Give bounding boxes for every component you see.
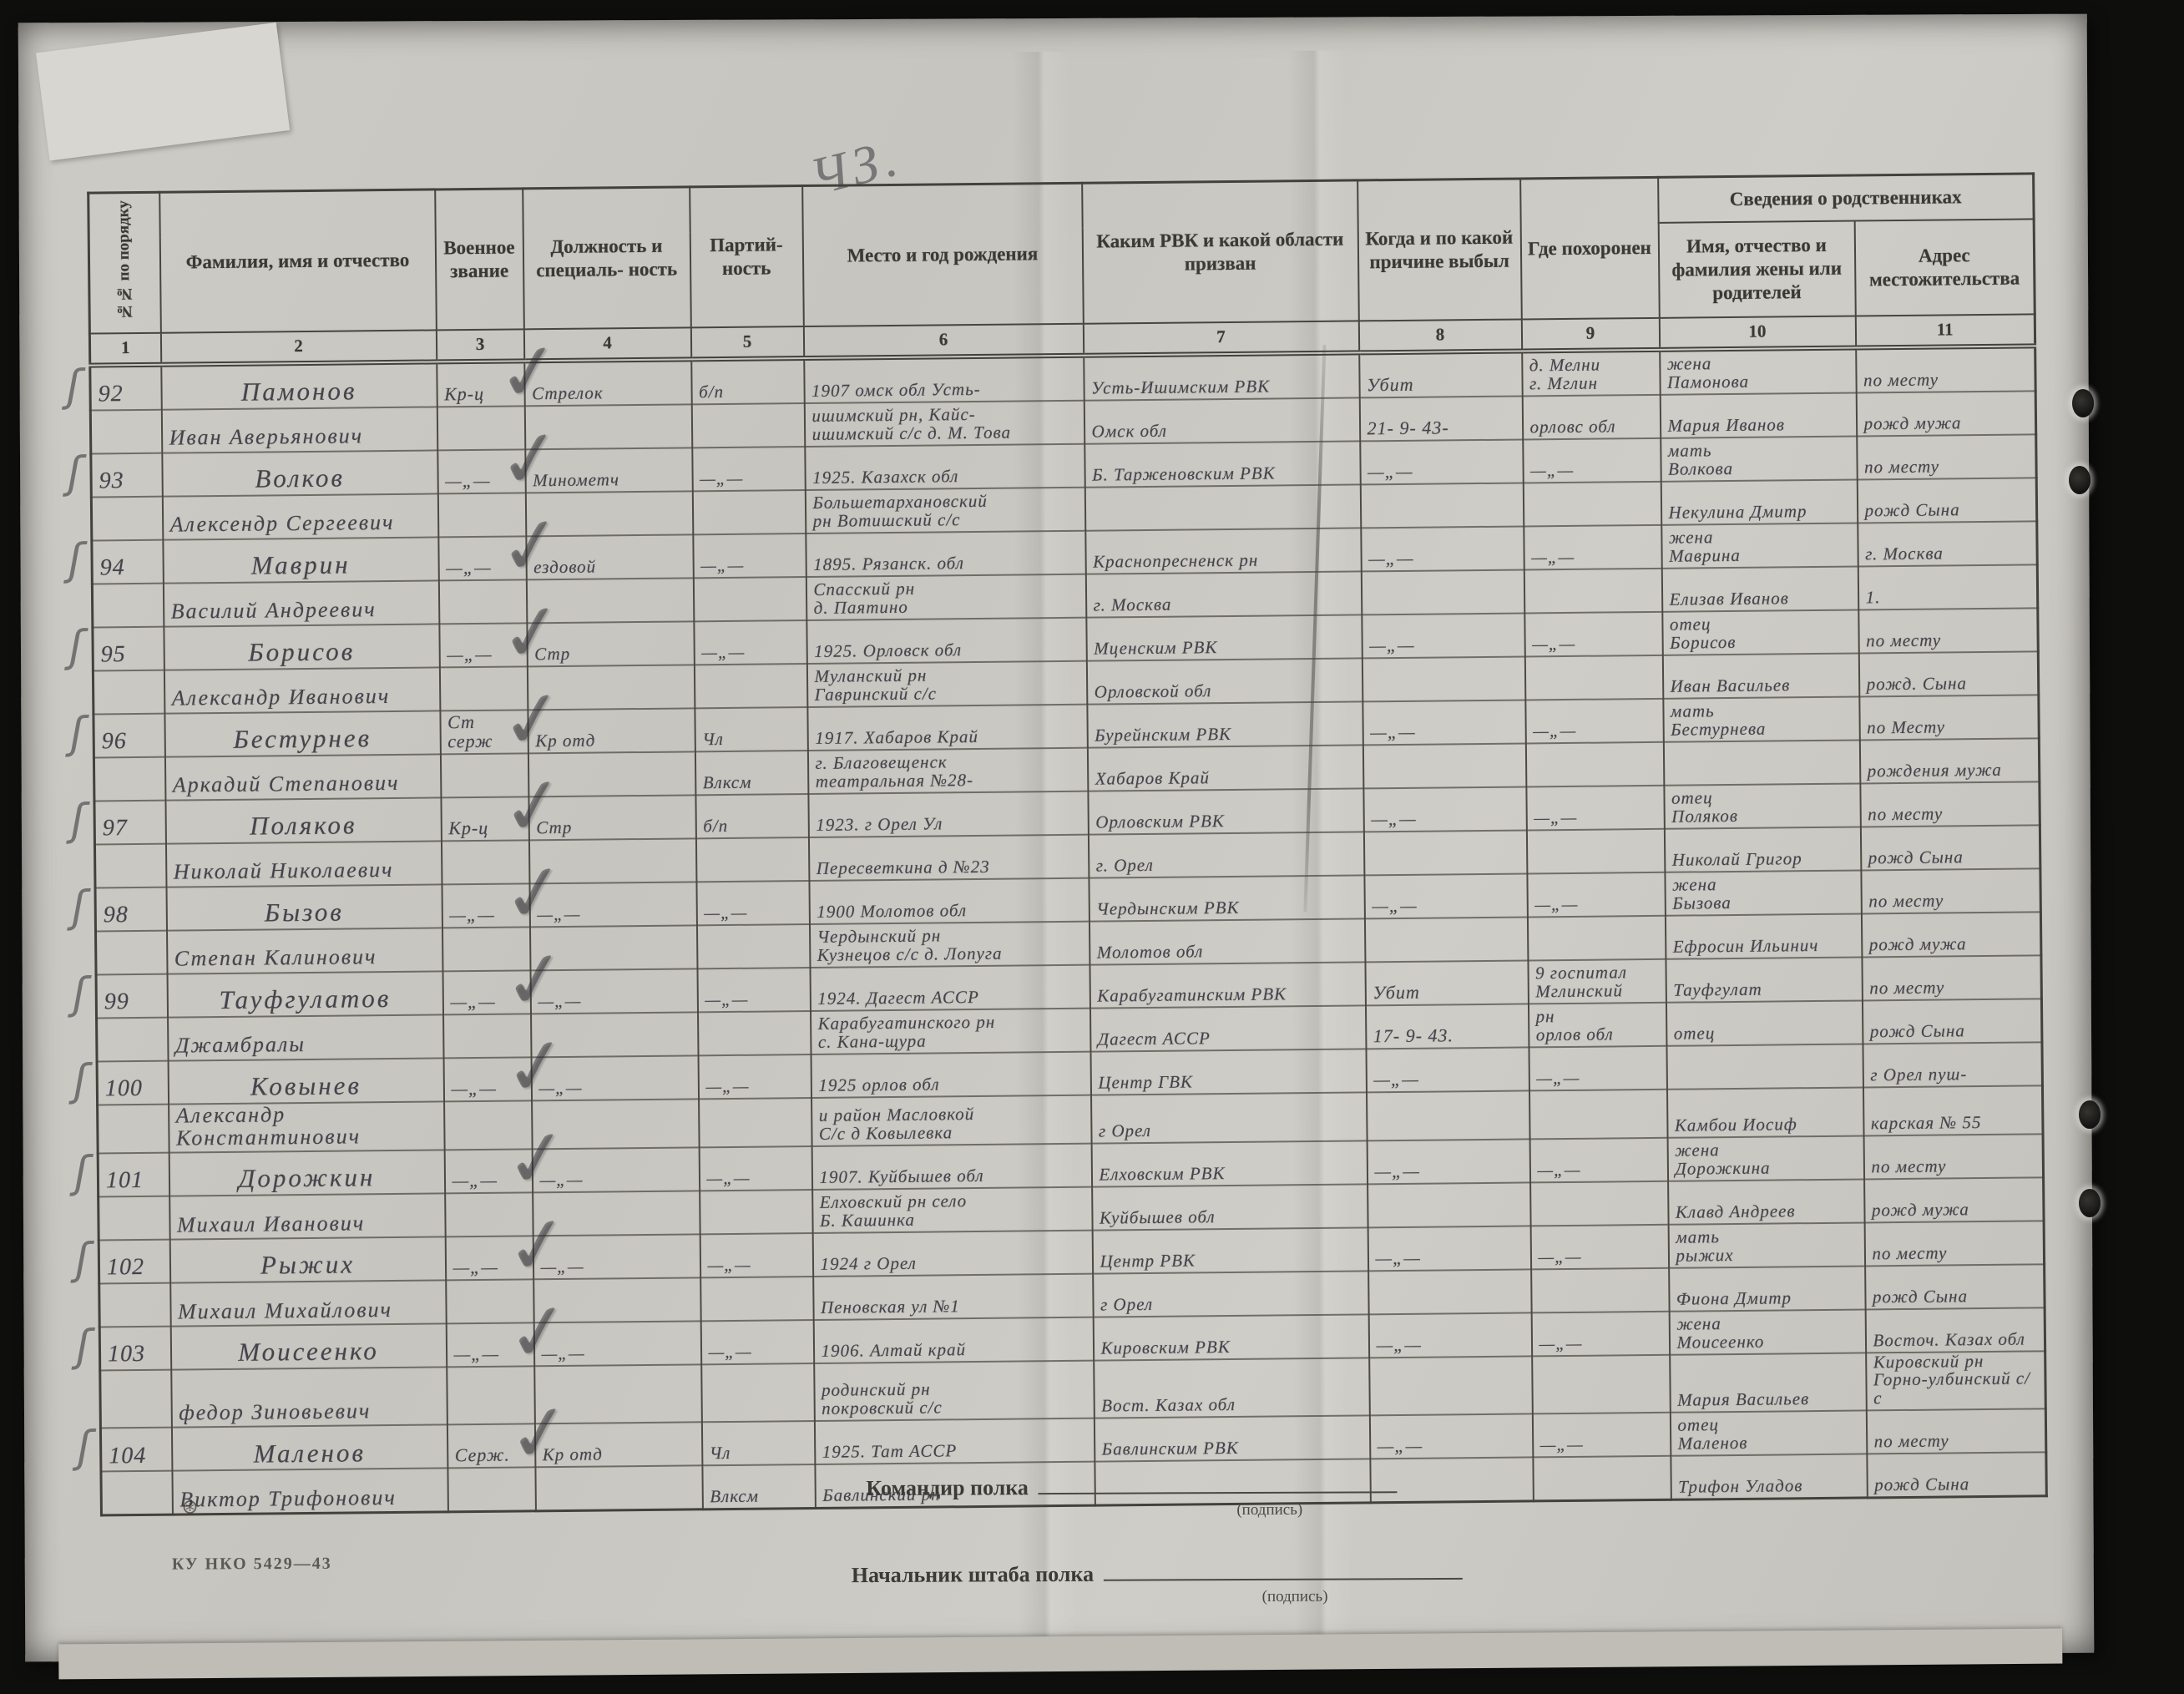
handwritten-text: Моисеенко — [238, 1338, 379, 1368]
cell-rvk: Бурейнским РВК — [1087, 701, 1363, 747]
handwritten-text: —„— — [1369, 635, 1415, 657]
handwritten-text: г Орел — [1099, 1122, 1151, 1143]
signature-caption: (подпись) — [1127, 1587, 1463, 1607]
handwritten-text: г Орел — [1100, 1296, 1153, 1317]
handwritten-text: —„— — [538, 1079, 582, 1100]
cell-left: —„— — [1361, 526, 1524, 571]
handwritten-text: Камбои Иосиф — [1675, 1115, 1797, 1137]
cell-party — [693, 577, 806, 621]
handwritten-text: ездовой — [533, 558, 596, 579]
handwritten-text: 1924. Дагест АССР — [817, 989, 979, 1010]
cell-rank: —„— — [443, 1057, 532, 1101]
signature-caption: (подпись) — [1141, 1500, 1398, 1520]
handwritten-text: 1923. г Орел Ул — [816, 815, 943, 837]
cell-fio: Маленов — [171, 1425, 447, 1471]
punch-hole — [2069, 466, 2090, 494]
cell-fio: Джамбралы — [168, 1014, 444, 1060]
handwritten-text: Мария Васильев — [1677, 1390, 1809, 1412]
handwritten-text: Влксм — [703, 773, 752, 794]
cell-addr: по месту — [1862, 955, 2042, 1000]
entry-number: 99 — [104, 991, 129, 1018]
handwritten-text: —„— — [1534, 895, 1578, 916]
handwritten-text: отец Маленов — [1677, 1416, 1747, 1455]
cell-rank: —„— — [442, 883, 530, 928]
handwritten-text: Минометч — [533, 471, 619, 492]
cell-rvk: Центр ГВК — [1090, 1049, 1367, 1095]
handwritten-text: Хабаров Край — [1095, 769, 1210, 791]
cell-duty — [534, 1364, 702, 1423]
cell-birth: 1923. г Орел Ул — [808, 791, 1089, 837]
handwritten-text: —„— — [700, 556, 744, 577]
cell-party: —„— — [700, 1320, 814, 1364]
cell-left — [1361, 569, 1524, 614]
handwritten-text: —„— — [1371, 809, 1417, 831]
handwritten-text: Влксм — [710, 1487, 759, 1508]
cell-party: —„— — [697, 968, 811, 1012]
handwritten-text: 1925 орлов обл — [818, 1075, 939, 1097]
cell-fio: Виктор Трифонович — [172, 1469, 448, 1515]
cell-duty: —„—✓ — [533, 1234, 700, 1279]
handwritten-text: рожд. Сына — [1867, 675, 1968, 696]
handwritten-text: 17- 9- 43. — [1373, 1026, 1453, 1048]
handwritten-text: Виктор Трифонович — [179, 1487, 397, 1514]
margin-stroke-icon: ʃ — [71, 882, 86, 933]
signature-line — [1104, 1558, 1463, 1581]
margin-stroke-icon: ʃ — [66, 362, 81, 412]
handwritten-text: —„— — [452, 1257, 498, 1279]
cell-rel: жена Маврина — [1661, 523, 1858, 569]
col-header-rank: Военное звание — [435, 189, 524, 331]
scanned-document-page: { "page": { "top_scribble": "ЧЗ.", "reg_… — [0, 0, 2184, 1694]
handwritten-text: Аркадий Степанович — [173, 772, 400, 799]
cell-rank — [447, 1468, 536, 1513]
handwritten-text: —„— — [1368, 462, 1413, 483]
handwritten-text: —„— — [1540, 1436, 1584, 1457]
cell-addr: рожд Сына — [1865, 1264, 2045, 1309]
handwritten-text: отец Борисов — [1670, 615, 1737, 655]
cell-duty: —„—✓ — [532, 1147, 700, 1192]
margin-stroke-icon: ʃ — [67, 448, 82, 498]
cell-fio: Памонов — [161, 362, 437, 409]
cell-fio: Бызов — [166, 884, 442, 930]
cell-buried: рн орлов обл — [1528, 1003, 1666, 1048]
cell-left: Убит — [1359, 351, 1523, 397]
handwritten-text: Кировским РВК — [1100, 1338, 1230, 1360]
cell-buried: —„— — [1530, 1225, 1669, 1270]
handwritten-text: 1917. Хабаров Край — [815, 728, 978, 750]
cell-rvk: Мценским РВК — [1086, 614, 1362, 660]
cell-num: ʃ97 — [94, 801, 166, 845]
cell-addr: по месту — [1858, 608, 2039, 653]
cell-left: —„— — [1366, 1047, 1529, 1092]
handwritten-text: —„— — [705, 1077, 749, 1098]
entry-number: 95 — [101, 644, 126, 670]
handwritten-text: рожд мужа — [1863, 414, 1961, 436]
form-code: КУ НКО 5429—43 — [172, 1555, 332, 1575]
cell-addr: рожд Сына — [1862, 999, 2042, 1044]
cell-rvk: Орловской обл — [1086, 658, 1362, 704]
cell-rvk: г. Москва — [1085, 571, 1362, 617]
handwritten-text: 1. — [1866, 589, 1881, 609]
handwritten-text: —„— — [539, 1171, 583, 1191]
handwritten-text: Степан Калинович — [174, 947, 377, 973]
handwritten-text: Елизав Иванов — [1670, 589, 1789, 611]
handwritten-text: жена Памонова — [1667, 355, 1749, 394]
cell-buried — [1526, 829, 1665, 874]
cell-left: —„— — [1367, 1139, 1530, 1184]
cell-birth: 1925 орлов обл — [811, 1052, 1091, 1098]
handwritten-text: —„— — [706, 1169, 750, 1190]
handwritten-text: по месту — [1874, 1432, 1949, 1453]
handwritten-text: Волков — [255, 465, 345, 495]
handwritten-text: Стр — [534, 645, 570, 665]
handwritten-text: —„— — [1372, 896, 1418, 918]
cell-rel: Николай Григор — [1664, 827, 1861, 872]
cell-rank — [442, 927, 530, 971]
cell-num: ʃ93 — [91, 453, 163, 498]
cell-rel: Клавд Андреев — [1668, 1179, 1865, 1224]
handwritten-text: Бурейнским РВК — [1095, 726, 1231, 747]
cell-party: Влксм — [702, 1464, 816, 1509]
handwritten-text: Ефросин Ильинич — [1673, 937, 1819, 958]
cell-rvk: Краснопресненск рн — [1085, 528, 1362, 574]
cell-duty — [524, 404, 692, 449]
handwritten-text: Кировский рн Горно-улбинский с/с — [1873, 1352, 2038, 1409]
cell-num: ʃ94 — [92, 540, 164, 584]
cell-left — [1367, 1090, 1530, 1140]
cell-left: Убит — [1365, 960, 1529, 1005]
cell-party — [695, 837, 809, 882]
entry-number: 101 — [106, 1169, 144, 1196]
handwritten-text: Некулина Дмитр — [1669, 503, 1807, 524]
cell-party — [696, 924, 810, 968]
cell-rel: отец Маленов — [1670, 1411, 1867, 1456]
margin-stroke-icon: ʃ — [76, 1322, 91, 1372]
handwritten-text: —„— — [1374, 1161, 1420, 1183]
cell-rel: Елизав Иванов — [1661, 566, 1858, 611]
cell-birth: и район Масловкой С/с д Ковылевка — [811, 1095, 1092, 1146]
commander-label: Командир полка — [866, 1475, 1029, 1500]
handwritten-text: г Орел пуш- — [1870, 1065, 1967, 1087]
handwritten-text: Чл — [702, 731, 724, 751]
handwritten-text: Карабугатинского рн с. Кана-щура — [818, 1014, 996, 1054]
commander-signature-block: Командир полка (подпись) — [866, 1471, 1398, 1521]
handwritten-text: Рыжих — [260, 1252, 355, 1282]
cell-rvk: Омск обл — [1084, 397, 1360, 443]
margin-stroke-icon: ʃ — [75, 1235, 90, 1285]
cell-rel: жена Моисеенко — [1669, 1309, 1866, 1354]
cell-fio: Волков — [162, 450, 438, 496]
handwritten-text: —„— — [1536, 1069, 1580, 1090]
cell-buried: —„— — [1529, 1138, 1668, 1183]
cell-party: б/п — [691, 358, 805, 404]
handwritten-text: Иван Аверьянович — [169, 426, 364, 453]
cell-left: —„— — [1362, 700, 1526, 745]
handwritten-text: по месту — [1872, 1244, 1947, 1265]
cell-party: б/п — [695, 794, 809, 838]
cell-fio: Моисеенко — [170, 1323, 447, 1369]
handwritten-text: —„— — [450, 992, 496, 1014]
handwritten-text: и район Масловкой С/с д Ковылевка — [819, 1105, 975, 1145]
handwritten-text: Убит — [1367, 375, 1414, 397]
margin-stroke-icon: ʃ — [68, 535, 83, 585]
cell-duty — [535, 1466, 703, 1511]
cell-left — [1364, 917, 1528, 962]
handwritten-text: Куйбышев обл — [1100, 1208, 1216, 1230]
handwritten-text: ишимский рн, Кайс- ишимский с/с д. М. То… — [811, 406, 1011, 446]
cell-rank: Серж. — [447, 1424, 535, 1469]
handwritten-text: Памонов — [241, 378, 357, 408]
cell-num: ʃ95 — [93, 627, 164, 671]
handwritten-text: 1900 Молотов обл — [816, 902, 967, 923]
cell-fio: Поляков — [165, 797, 442, 843]
handwritten-text: —„— — [1375, 1248, 1421, 1270]
handwritten-text: Борисов — [248, 639, 355, 669]
cell-fio: Иван Аверьянович — [161, 407, 437, 453]
cell-party — [700, 1190, 813, 1234]
handwritten-text: Тауфгулатов — [219, 985, 391, 1016]
col-header-birth: Место и год рождения — [802, 183, 1084, 326]
handwritten-text: —„— — [1537, 1161, 1580, 1181]
cell-rel: Ефросин Ильинич — [1665, 913, 1862, 958]
entry-number: 102 — [107, 1256, 144, 1282]
cell-rvk: Молотов обл — [1089, 918, 1365, 964]
handwritten-text: Серж. — [455, 1445, 510, 1467]
cell-buried — [1527, 916, 1666, 961]
cell-rvk: Чердынским РВК — [1089, 875, 1365, 921]
handwritten-text: Кр отд — [543, 1445, 603, 1466]
cell-rel: Камбои Иосиф — [1666, 1087, 1863, 1137]
cell-buried — [1532, 1355, 1671, 1414]
col-header-left: Когда и по какой причине выбыл — [1357, 179, 1522, 321]
handwritten-text: 1925. Казахск обл — [812, 468, 958, 489]
cell-rvk: г Орел — [1091, 1092, 1368, 1143]
cell-rank: —„— — [439, 623, 528, 667]
cell-rvk: Усть-Ишимским РВК — [1084, 352, 1360, 400]
cell-addr: по месту — [1863, 1134, 2044, 1179]
cell-rvk: Бавлинским РВК — [1094, 1416, 1370, 1462]
col-header-rvk: Каким РВК и какой области призван — [1082, 180, 1359, 324]
handwritten-text: 1906. Алтай край — [821, 1341, 966, 1363]
cell-addr: рожд Сына — [1857, 478, 2037, 523]
cell-buried — [1529, 1090, 1667, 1140]
cell-rel: Некулина Дмитр — [1661, 480, 1858, 525]
handwritten-text: Клавд Андреев — [1676, 1202, 1796, 1224]
cell-duty: —„—✓ — [529, 882, 697, 927]
cell-rel: отец Поляков — [1664, 783, 1861, 828]
handwritten-text: Тауфгулат — [1673, 980, 1762, 1001]
cell-party — [698, 1011, 811, 1055]
handwritten-text: Алексендр Сергеевич — [170, 512, 395, 539]
handwritten-text: Ковынев — [250, 1073, 361, 1103]
cell-buried — [1533, 1456, 1671, 1501]
cell-birth: Большетархановский рн Вотишский с/с — [805, 488, 1085, 533]
cell-left — [1369, 1356, 1533, 1415]
handwritten-text: Стрелок — [532, 384, 604, 405]
punch-hole — [2079, 1189, 2101, 1217]
handwritten-text: —„— — [541, 1344, 584, 1365]
cell-rank: —„— — [442, 970, 531, 1014]
handwritten-text: Кр отд — [535, 731, 595, 752]
cell-party: —„— — [696, 881, 810, 925]
cell-rank — [437, 406, 525, 450]
handwritten-text: мать Бестурнева — [1671, 702, 1767, 741]
cell-party — [700, 1277, 814, 1321]
cell-num: ʃ96 — [94, 714, 165, 758]
handwritten-text: —„— — [1370, 722, 1416, 744]
cell-addr: г Орел пуш- — [1863, 1042, 2043, 1087]
entry-number: 97 — [103, 817, 128, 844]
cell-left: —„— — [1369, 1414, 1533, 1459]
handwritten-text: рожд Сына — [1868, 848, 1964, 870]
cell-duty — [527, 665, 695, 710]
cell-left — [1360, 483, 1524, 528]
handwritten-text: Фиона Дмитр — [1676, 1289, 1792, 1311]
handwritten-text: —„— — [701, 643, 745, 664]
cell-birth: Пеновская ул №1 — [813, 1274, 1094, 1320]
cell-rel: мать Волкова — [1661, 437, 1858, 482]
cell-buried: —„— — [1531, 1312, 1670, 1357]
cell-party — [691, 403, 805, 448]
cell-fio: Рыжих — [169, 1236, 446, 1282]
handwritten-text: рожд Сына — [1864, 501, 1959, 523]
cell-num — [93, 670, 164, 715]
cell-buried: —„— — [1524, 525, 1662, 570]
cell-rvk: Карабугатинским РВК — [1089, 962, 1366, 1008]
cell-addr: по месту — [1860, 781, 2040, 827]
cell-addr: г. Москва — [1858, 521, 2038, 566]
cell-num: ʃ101 — [98, 1153, 169, 1197]
handwritten-text: по месту — [1864, 458, 1939, 478]
handwritten-text: Николай Николаевич — [174, 859, 394, 886]
handwritten-text: Мценским РВК — [1094, 639, 1217, 660]
handwritten-text: Трифон Уладов — [1678, 1477, 1802, 1499]
handwritten-text: —„— — [537, 905, 580, 926]
handwritten-text: Пересветкина д №23 — [816, 857, 990, 879]
handwritten-text: мать Волкова — [1668, 442, 1733, 481]
handwritten-text: по месту — [1868, 892, 1944, 913]
handwritten-text: отец — [1674, 1024, 1716, 1045]
handwritten-text: рожд мужа — [1872, 1201, 1969, 1222]
cell-party — [701, 1363, 815, 1423]
handwritten-text: Поляков — [250, 812, 357, 842]
cell-rel: отец — [1666, 1000, 1863, 1045]
handwritten-text: Ст серж — [447, 713, 520, 754]
cell-duty — [525, 491, 693, 536]
handwritten-text: 1925. Тат АССР — [822, 1442, 958, 1464]
handwritten-text: Орловским РВК — [1095, 812, 1225, 834]
cell-num — [101, 1471, 173, 1515]
cell-rvk: Кировским РВК — [1093, 1314, 1369, 1360]
col-header-num: №№ по порядку — [88, 192, 161, 333]
table-body: ʃ92ПамоновКр-цСтрелок✓б/п1907 омск обл У… — [90, 346, 2047, 1515]
handwritten-text: жена Моисеенко — [1676, 1315, 1764, 1354]
handwritten-text: Иван Васильев — [1671, 676, 1791, 698]
handwritten-text: —„— — [1531, 548, 1575, 569]
cell-rvk: Б. Тарженовским РВК — [1084, 441, 1361, 487]
cell-birth: ишимский рн, Кайс- ишимский с/с д. М. То… — [804, 401, 1084, 447]
handwritten-text: Омск обл — [1092, 422, 1168, 442]
cell-addr: рожд Сына — [1860, 825, 2040, 870]
handwritten-text: —„— — [447, 645, 493, 666]
cell-rvk: Елховским РВК — [1091, 1140, 1368, 1186]
handwritten-text: по месту — [1869, 978, 1944, 999]
cell-rank: Кр-ц — [437, 361, 525, 407]
handwritten-text: Чердынским РВК — [1096, 898, 1239, 920]
handwritten-text: —„— — [1538, 1247, 1581, 1268]
handwritten-text: Михаил Михайлович — [178, 1299, 392, 1326]
cell-duty: ездовой✓ — [526, 534, 694, 579]
handwritten-text: жена Бызова — [1672, 876, 1732, 915]
handwritten-text: 1924 г Орел — [820, 1254, 917, 1276]
cell-addr: рожд мужа — [1864, 1177, 2045, 1222]
cell-rel: Фиона Дмитр — [1669, 1266, 1866, 1311]
handwritten-text: —„— — [707, 1256, 751, 1277]
handwritten-text: Николай Григор — [1672, 850, 1802, 872]
cell-rel: жена Бызова — [1665, 870, 1862, 915]
handwritten-text: —„— — [705, 990, 748, 1011]
cell-num: ʃ104 — [100, 1428, 172, 1472]
cell-fio: Ковынев — [168, 1058, 444, 1104]
margin-stroke-icon: ʃ — [68, 622, 83, 672]
handwritten-text: Елховский рн село Б. Кашинка — [820, 1192, 968, 1232]
cell-rank: Ст серж — [440, 710, 528, 754]
handwritten-text: —„— — [1530, 461, 1574, 482]
casualty-table: №№ по порядку Фамилия, имя и отчество Во… — [87, 172, 2048, 1516]
cell-num: ʃ99 — [96, 974, 168, 1019]
cell-birth: 1924. Дагест АССР — [810, 965, 1090, 1011]
margin-stroke-icon: ʃ — [69, 709, 84, 759]
col-group-relatives: Сведения о родственниках — [1658, 174, 2035, 223]
handwritten-text: —„— — [700, 469, 743, 490]
handwritten-text: г. Москва — [1865, 544, 1944, 565]
cell-birth: родинский рн покровский с/с — [814, 1361, 1095, 1422]
handwritten-text: Чл — [710, 1444, 731, 1465]
cell-duty — [531, 1012, 699, 1057]
cell-rank — [439, 666, 528, 710]
casualty-table-wrap: №№ по порядку Фамилия, имя и отчество Во… — [87, 172, 2045, 1516]
cell-buried: —„— — [1532, 1413, 1671, 1458]
cell-duty: —„—✓ — [533, 1321, 701, 1366]
handwritten-text: —„— — [538, 992, 581, 1013]
cell-buried — [1530, 1181, 1669, 1226]
handwritten-text: Кр-ц — [444, 384, 484, 406]
cell-rvk: Центр РВК — [1092, 1227, 1368, 1273]
cell-rank: Кр-ц — [441, 796, 529, 841]
cell-birth: Спасский рн д. Паятино — [806, 574, 1086, 620]
cell-buried: д. Мелни г. Мглин — [1522, 350, 1661, 397]
handwritten-text: Мария Иванов — [1667, 416, 1785, 437]
handwritten-text: по Месту — [1867, 718, 1945, 739]
handwritten-text: Карабугатинским РВК — [1097, 985, 1287, 1008]
cell-left — [1363, 830, 1527, 875]
handwritten-text: —„— — [446, 558, 492, 579]
cell-buried — [1525, 742, 1664, 787]
cell-addr: рожд Сына — [1867, 1453, 2047, 1499]
handwritten-text: 1907 омск обл Усть- — [811, 381, 981, 402]
handwritten-text: орловс обл — [1529, 417, 1615, 438]
cell-rvk: Хабаров Край — [1087, 745, 1363, 791]
cell-birth: Елховский рн село Б. Кашинка — [812, 1187, 1093, 1233]
handwritten-text: рн орлов обл — [1536, 1008, 1614, 1047]
cell-rvk: Дагест АССР — [1089, 1005, 1366, 1051]
handwritten-text: г. Орел — [1096, 857, 1154, 877]
cell-rel: Трифон Уладов — [1671, 1454, 1868, 1500]
cell-fio: Александр Иванович — [164, 667, 440, 713]
handwritten-text: —„— — [1539, 1334, 1582, 1355]
cell-birth: 1895. Рязанск. обл — [806, 531, 1086, 577]
cell-duty — [526, 578, 694, 623]
